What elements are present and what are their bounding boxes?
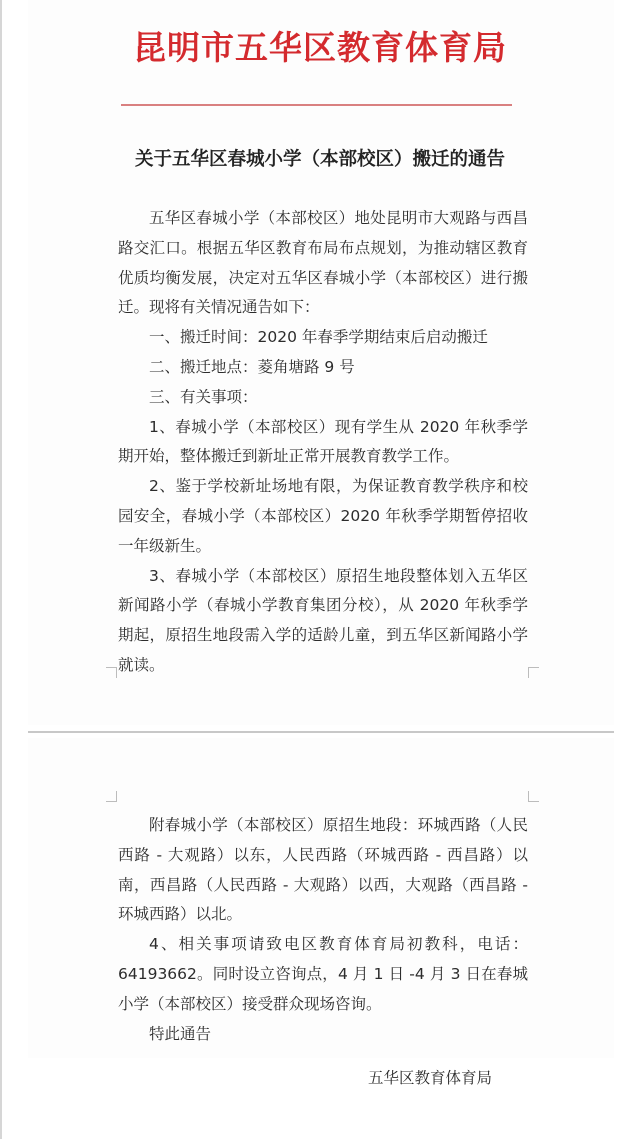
matter-3-paragraph: 3、春城小学（本部校区）原招生地段整体划入五华区新闻路小学（春城小学教育集团分校… <box>118 562 528 681</box>
agency-letterhead-title: 昆明市五华区教育体育局 <box>0 22 640 69</box>
item-relocation-time: 一、搬迁时间：2020 年春季学期结束后启动搬迁 <box>118 323 528 353</box>
letterhead-red-rule <box>121 104 512 106</box>
page2-top-right-corner-mark <box>528 791 539 802</box>
issuer-signature: 五华区教育体育局 <box>368 1066 492 1088</box>
item-related-matters: 三、有关事项： <box>118 383 528 413</box>
page2-top-left-corner-mark <box>106 791 117 802</box>
page2-body: 附春城小学（本部校区）原招生地段：环城西路（人民西路 - 大观路）以东，人民西路… <box>118 811 528 1049</box>
matter-1-paragraph: 1、春城小学（本部校区）现有学生从 2020 年秋季学期开始，整体搬迁到新址正常… <box>118 413 528 473</box>
intro-paragraph: 五华区春城小学（本部校区）地处昆明市大观路与西昌路交汇口。根据五华区教育布局布点… <box>118 204 528 323</box>
notice-title: 关于五华区春城小学（本部校区）搬迁的通告 <box>0 145 640 171</box>
page1-bottom-left-corner-mark <box>106 667 117 678</box>
page-break-divider <box>28 731 614 733</box>
closing-notice: 特此通告 <box>118 1020 528 1050</box>
item-relocation-site: 二、搬迁地点：菱角塘路 9 号 <box>118 353 528 383</box>
page1-body: 五华区春城小学（本部校区）地处昆明市大观路与西昌路交汇口。根据五华区教育布局布点… <box>118 204 528 681</box>
page1-bottom-right-corner-mark <box>528 667 539 678</box>
enrollment-zone-paragraph: 附春城小学（本部校区）原招生地段：环城西路（人民西路 - 大观路）以东，人民西路… <box>118 811 528 930</box>
matter-4-contact-paragraph: 4、相关事项请致电区教育体育局初教科，电话：64193662。同时设立咨询点，4… <box>118 930 528 1019</box>
matter-2-paragraph: 2、鉴于学校新址场地有限，为保证教育教学秩序和校园安全，春城小学（本部校区）20… <box>118 472 528 561</box>
